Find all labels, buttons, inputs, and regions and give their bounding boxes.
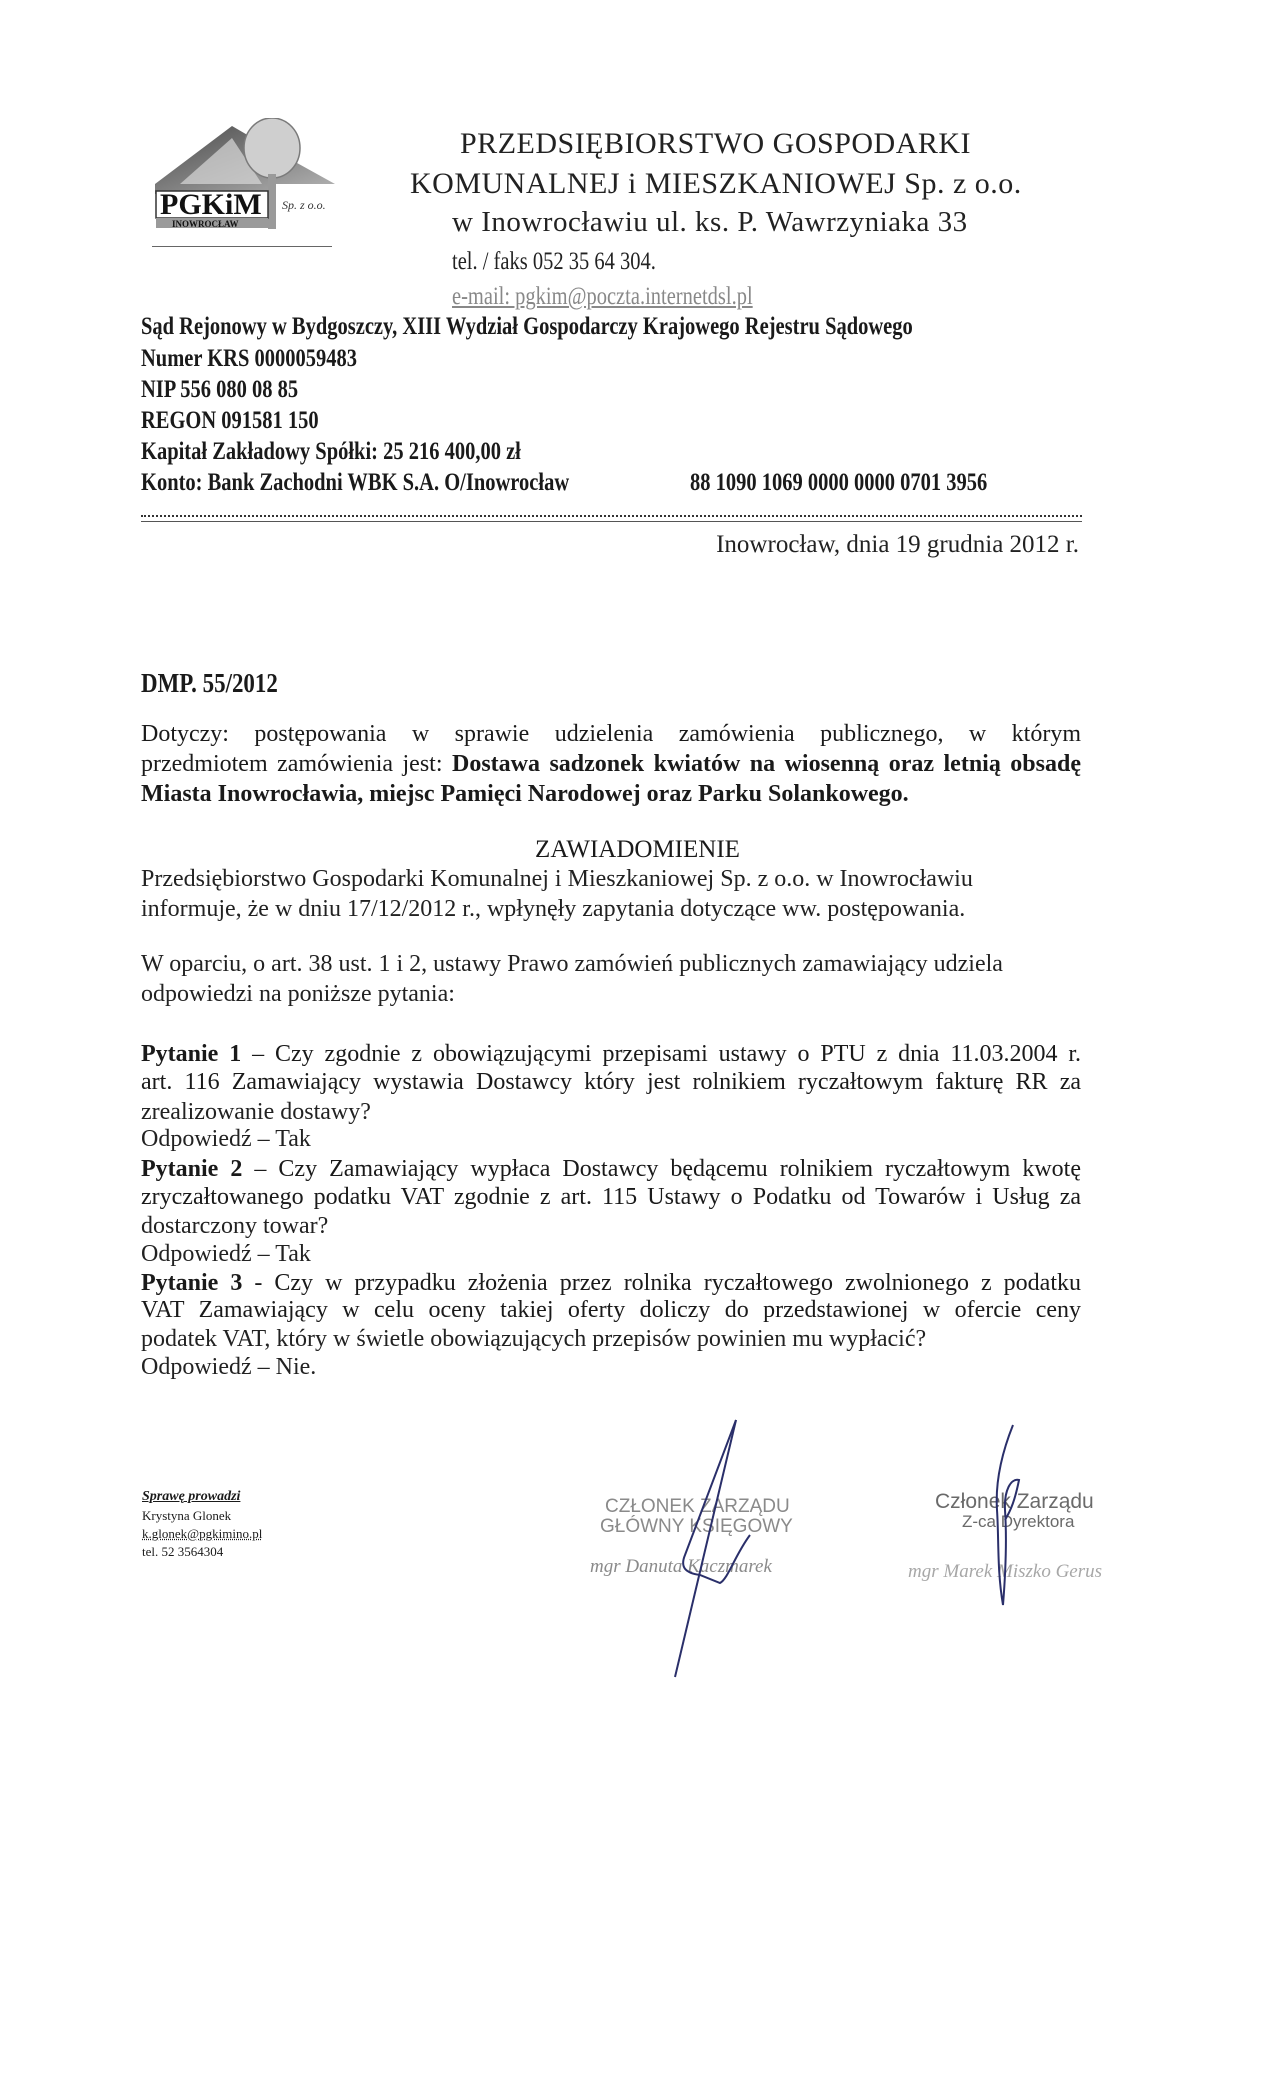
question-1-answer: Odpowiedź – Tak — [141, 1126, 311, 1153]
subject-line3: Miasta Inowrocławia, miejsc Pamięci Naro… — [141, 781, 909, 808]
company-logo: PGKiM Sp. z o.o. INOWROCŁAW — [150, 118, 350, 248]
notice-title: ZAWIADOMIENIE — [0, 836, 1275, 864]
company-phone: tel. / faks 052 35 64 304. — [452, 248, 656, 276]
registry-account-label: Konto: Bank Zachodni WBK S.A. O/Inowrocł… — [141, 469, 569, 497]
registry-regon: REGON 091581 150 — [141, 407, 319, 435]
question-3-sep: - — [242, 1270, 274, 1296]
registry-court: Sąd Rejonowy w Bydgoszczy, XIII Wydział … — [141, 313, 913, 341]
registry-capital: Kapitał Zakładowy Spółki: 25 216 400,00 … — [141, 438, 521, 466]
logo-suffix: Sp. z o.o. — [282, 198, 326, 213]
header-solid-divider — [141, 521, 1082, 522]
question-2-label: Pytanie 2 — [141, 1156, 242, 1182]
notice-intro-line1: Przedsiębiorstwo Gospodarki Komunalnej i… — [141, 866, 973, 893]
company-name-line2: KOMUNALNEJ i MIESZKANIOWEJ Sp. z o.o. — [410, 167, 1022, 201]
handled-by-label: Sprawę prowadzi — [142, 1489, 240, 1505]
registry-krs: Numer KRS 0000059483 — [141, 345, 357, 373]
handwritten-signature-1-icon — [640, 1415, 770, 1685]
question-1-line1: Pytanie 1 – Czy zgodnie z obowiązującymi… — [141, 1041, 1081, 1068]
question-2-text1: Czy Zamawiający wypłaca Dostawcy będącem… — [278, 1156, 1081, 1182]
question-2-answer: Odpowiedź – Tak — [141, 1241, 311, 1268]
handled-by-email[interactable]: k.glonek@pgkimino.pl — [142, 1526, 262, 1542]
handwritten-signature-2-icon — [975, 1420, 1045, 1620]
logo-acronym: PGKiM — [160, 188, 262, 222]
question-1-line3: zrealizowanie dostawy? — [141, 1099, 371, 1126]
registry-nip: NIP 556 080 08 85 — [141, 376, 298, 404]
subject-line2: przedmiotem zamówienia jest: Dostawa sad… — [141, 751, 1081, 778]
reference-number: DMP. 55/2012 — [141, 668, 278, 699]
subject-line1: Dotyczy: postępowania w sprawie udzielen… — [141, 721, 1081, 748]
question-2-line2: zryczałtowanego podatku VAT zgodnie z ar… — [141, 1184, 1081, 1211]
question-3-label: Pytanie 3 — [141, 1270, 242, 1296]
notice-basis-line2: odpowiedzi na poniższe pytania: — [141, 981, 455, 1008]
question-1-label: Pytanie 1 — [141, 1041, 241, 1067]
question-3-line2: VAT Zamawiający w celu oceny takiej ofer… — [141, 1297, 1081, 1324]
question-3-line3: podatek VAT, który w świetle obowiązując… — [141, 1326, 926, 1353]
logo-divider — [152, 246, 332, 247]
question-1-sep: – — [241, 1041, 275, 1067]
handled-by-phone: tel. 52 3564304 — [142, 1544, 223, 1560]
notice-basis-line1: W oparciu, o art. 38 ust. 1 i 2, ustawy … — [141, 951, 1003, 978]
handled-by-name: Krystyna Glonek — [142, 1508, 231, 1524]
registry-account-number: 88 1090 1069 0000 0000 0701 3956 — [690, 469, 987, 497]
question-3-line1: Pytanie 3 - Czy w przypadku złożenia prz… — [141, 1270, 1081, 1297]
question-3-answer: Odpowiedź – Nie. — [141, 1354, 316, 1381]
company-name-line1: PRZEDSIĘBIORSTWO GOSPODARKI — [460, 127, 971, 161]
subject-line2-plain: przedmiotem zamówienia jest: — [141, 751, 452, 777]
company-email[interactable]: e-mail: pgkim@poczta.internetdsl.pl — [452, 283, 753, 311]
question-2-line3: dostarczony towar? — [141, 1213, 328, 1240]
question-2-sep: – — [242, 1156, 278, 1182]
question-3-text1: Czy w przypadku złożenia przez rolnika r… — [274, 1270, 1081, 1296]
header-dotted-divider — [141, 515, 1082, 517]
question-2-line1: Pytanie 2 – Czy Zamawiający wypłaca Dost… — [141, 1156, 1081, 1183]
question-1-line2: art. 116 Zamawiający wystawia Dostawcy k… — [141, 1069, 1081, 1096]
question-1-text1: Czy zgodnie z obowiązującymi przepisami … — [275, 1041, 1081, 1067]
company-address: w Inowrocławiu ul. ks. P. Wawrzyniaka 33 — [452, 206, 968, 239]
date-line: Inowrocław, dnia 19 grudnia 2012 r. — [716, 531, 1079, 559]
subject-line2-bold: Dostawa sadzonek kwiatów na wiosenną ora… — [452, 751, 1081, 777]
logo-city: INOWROCŁAW — [172, 219, 239, 229]
notice-intro-line2: informuje, że w dniu 17/12/2012 r., wpły… — [141, 896, 965, 923]
